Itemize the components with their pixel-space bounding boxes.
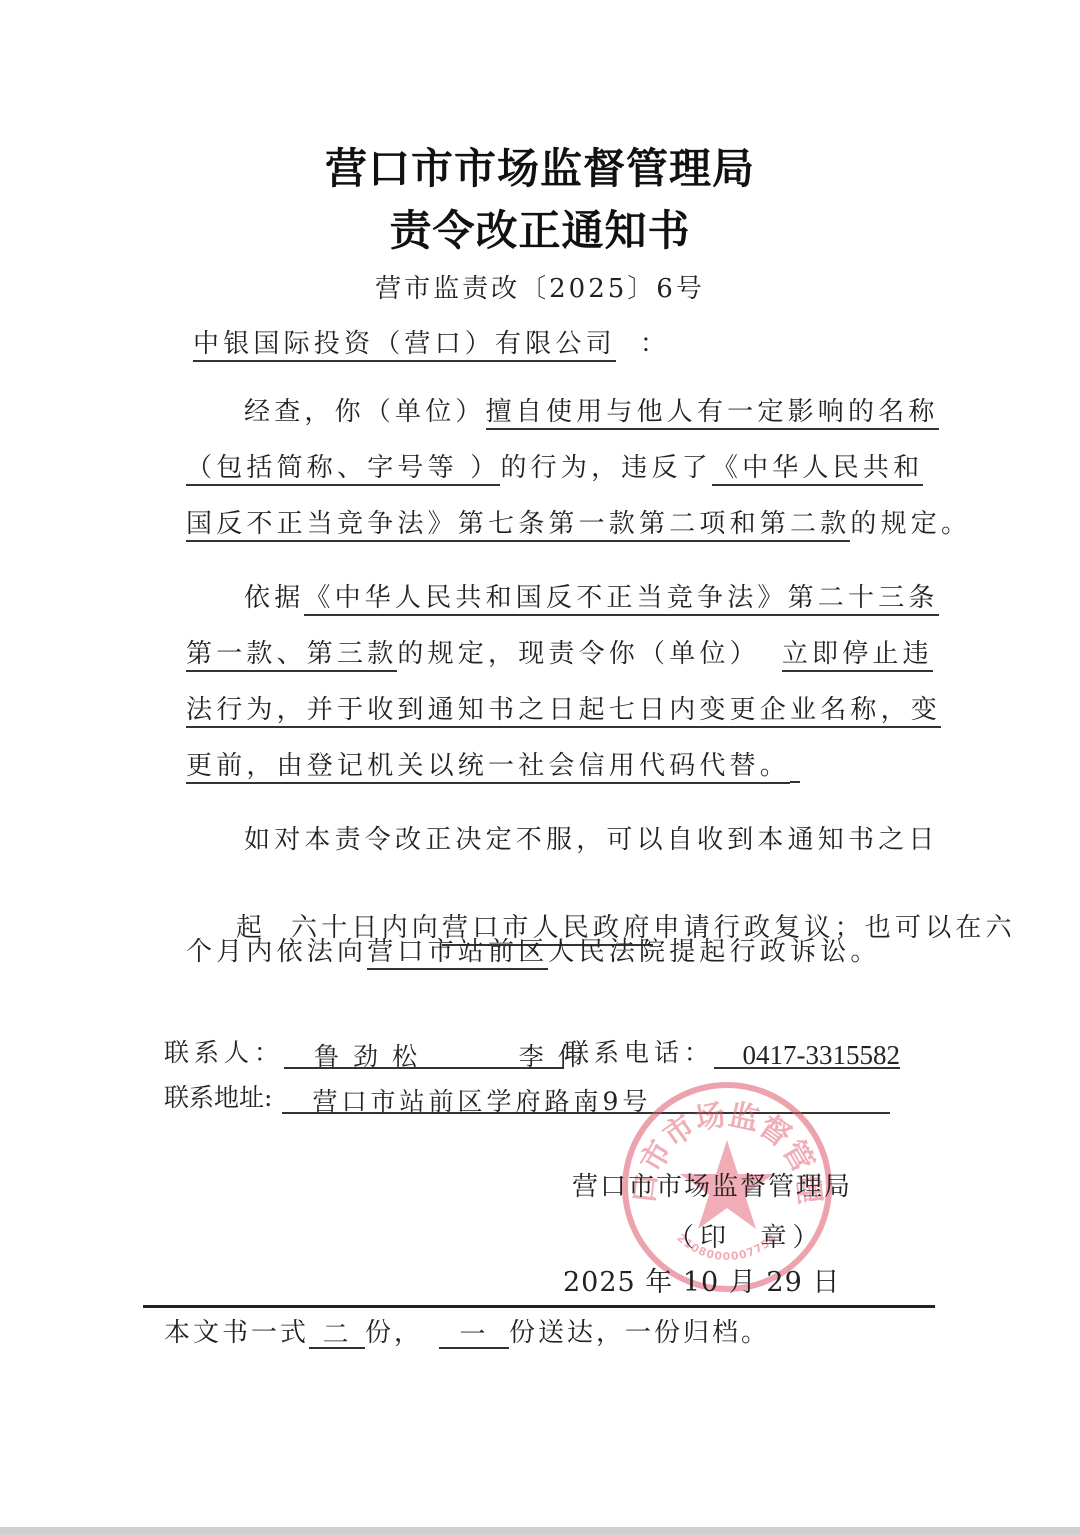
p1-violation-act: 擅自使用与他人有一定影响的名称 <box>486 397 939 430</box>
issue-date: 2025 年 10 月 29 日 <box>563 1267 840 1299</box>
document-number: 营市监责改〔2025〕6号 <box>0 268 1080 305</box>
p3-court-district: 营口市站前区 <box>367 937 548 970</box>
copies-note: 本文书一式二份，一份送达，一份归档。 <box>164 1317 770 1349</box>
contact-phone-label: 联系电话： <box>564 1038 714 1067</box>
p1-text: 经查，你（单位） <box>244 397 486 427</box>
p3-text: 人民法院提起行政诉讼。 <box>548 937 880 967</box>
document-title-agency: 营口市市场监督管理局 <box>0 136 1080 196</box>
contact-address-label: 联系地址: <box>164 1083 272 1112</box>
seal-label: （印 章） <box>668 1222 825 1254</box>
p2-ordered-action: 立即停止违 <box>782 639 933 672</box>
footer-divider <box>143 1305 935 1308</box>
p3-text: 个月内依法向 <box>186 937 367 967</box>
p2-text: 的规定，现责令你（单位） <box>397 639 759 669</box>
contact-phone: 0417-3315582 <box>714 1039 900 1069</box>
p1-law-cited-cont: 国反不正当竞争法》第七条第一款第二项和第二款 <box>186 509 850 542</box>
p2-ordered-action-cont: 更前，由登记机关以统一社会信用代码代替。 <box>186 751 790 784</box>
copies-delivered: 一 <box>439 1319 509 1349</box>
contact-persons: 鲁劲松 李伟 <box>284 1041 564 1069</box>
p1-violation-act-cont: （包括简称、字号等 ） <box>186 453 500 486</box>
copies-total: 二 <box>309 1319 365 1349</box>
recipient-name: 中银国际投资（营口）有限公司 <box>193 329 616 362</box>
p2-law-basis: 《中华人民共和国反不正当竞争法》第二十三条 <box>304 583 938 616</box>
contact-person-label: 联系人： <box>164 1038 284 1067</box>
p1-text: 的规定。 <box>850 509 971 539</box>
page-bottom-edge <box>0 1527 1080 1535</box>
issuing-authority: 营口市市场监督管理局 <box>572 1171 852 1203</box>
p2-ordered-action-cont: 法行为，并于收到通知书之日起七日内变更企业名称，变 <box>186 695 941 728</box>
document-title: 责令改正通知书 <box>0 198 1080 258</box>
copies-text: 份送达，一份归档。 <box>509 1318 770 1348</box>
p2-law-basis-cont: 第一款、第三款 <box>186 639 397 672</box>
recipient-colon: ： <box>640 329 670 359</box>
copies-text: 份， <box>365 1318 423 1348</box>
p1-text: 的行为，违反了 <box>500 453 711 483</box>
p1-law-cited: 《中华人民共和 <box>712 453 923 486</box>
p2-text: 依据 <box>244 583 304 613</box>
contact-line: 联系人：鲁劲松 李伟联系电话：0417-3315582 <box>164 1037 900 1069</box>
p3-text: 如对本责令改正决定不服，可以自收到本通知书之日 <box>244 825 939 855</box>
copies-text: 本文书一式 <box>164 1318 309 1348</box>
recipient-line: 中银国际投资（营口）有限公司： <box>193 328 670 360</box>
